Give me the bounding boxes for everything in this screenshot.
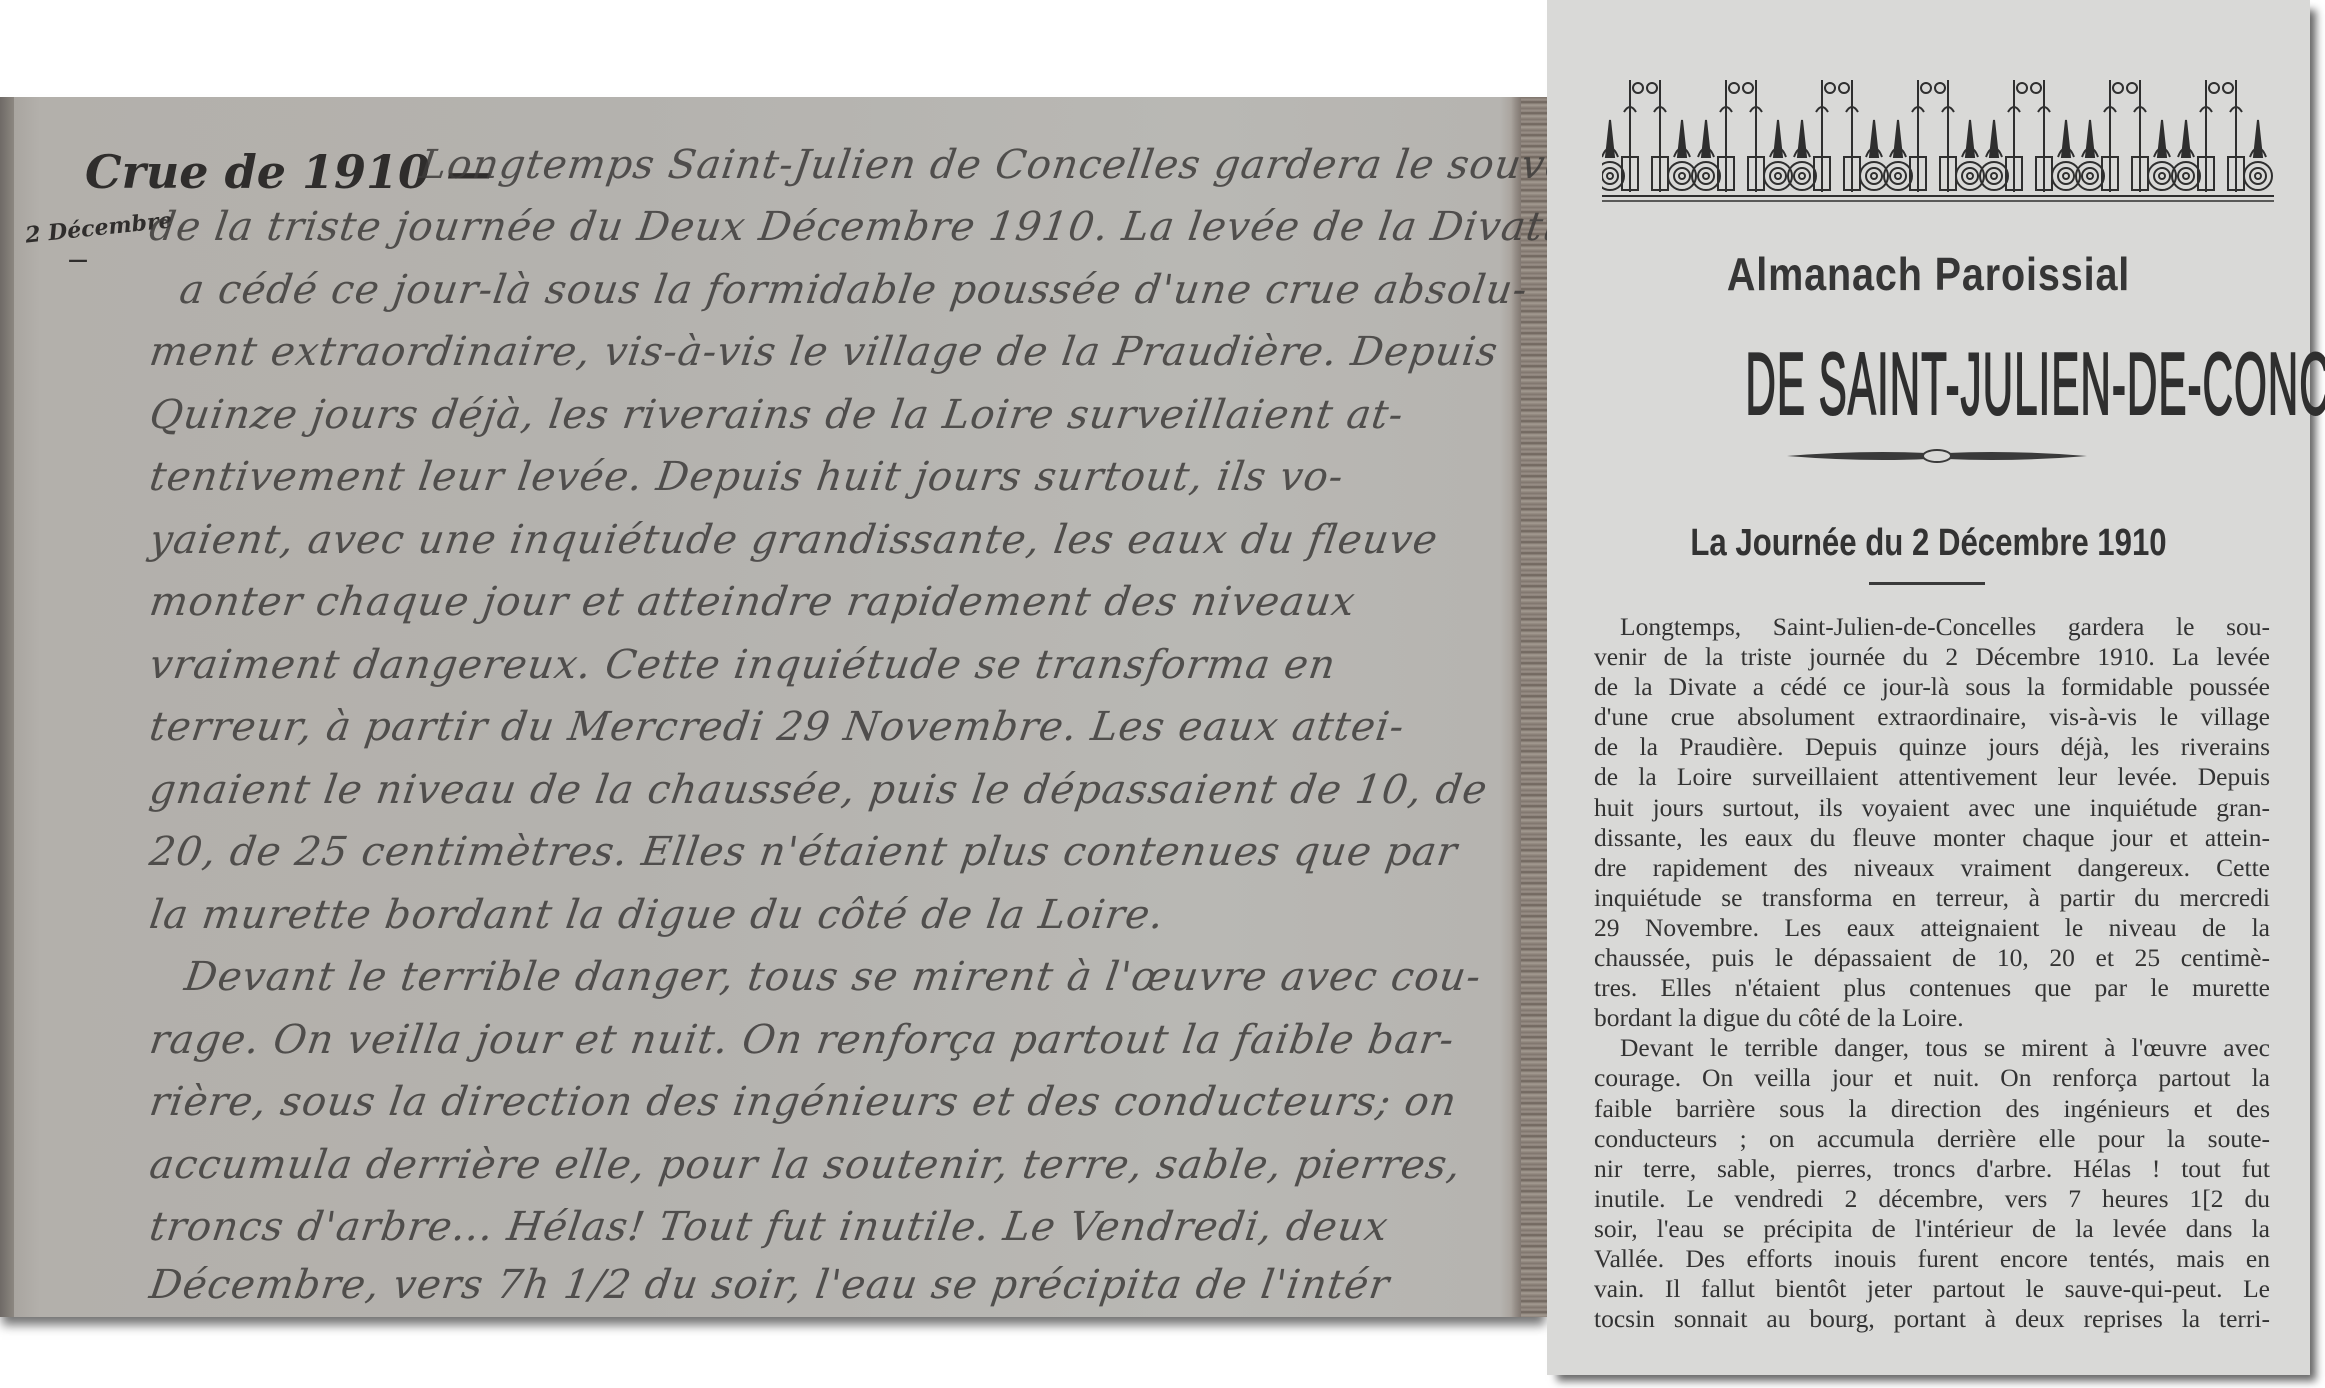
ornamental-frieze-icon — [1602, 72, 2274, 207]
article-line: inutile. Le vendredi 2 décembre, vers 7 … — [1594, 1184, 2270, 1214]
article-line: de la Praudière. Depuis quinze jours déj… — [1594, 732, 2270, 762]
almanach-title: Almanach Paroissial — [1600, 247, 2256, 301]
article-line: 29 Novembre. Les eaux atteignaient le ni… — [1594, 913, 2270, 943]
manuscript-line: ment extraordinaire, vis-à-vis le villag… — [147, 329, 1501, 375]
manuscript-margin-mark: — — [68, 247, 88, 271]
article-title: La Journée du 2 Décembre 1910 — [1616, 522, 2242, 565]
article-body: Longtemps, Saint-Julien-de-Concelles gar… — [1594, 612, 2270, 1334]
article-line: conducteurs ; on accumula derrière elle … — [1594, 1124, 2270, 1154]
manuscript-line: 20, de 25 centimètres. Elles n'étaient p… — [147, 829, 1461, 875]
manuscript-line: rage. On veilla jour et nuit. On renforç… — [147, 1017, 1458, 1063]
article-line: venir de la triste journée du 2 Décembre… — [1594, 642, 2270, 672]
manuscript-line: Décembre, vers 7h 1/2 du soir, l'eau se … — [147, 1262, 1393, 1308]
article-line: de la Loire surveillaient attentivement … — [1594, 762, 2270, 792]
manuscript-line: yaient, avec une inquiétude grandissante… — [147, 517, 1441, 563]
article-line: nir terre, sable, pierres, troncs d'arbr… — [1594, 1154, 2270, 1184]
article-line: dre rapidement des niveaux vraiment dang… — [1594, 853, 2270, 883]
manuscript-line: Devant le terrible danger, tous se miren… — [182, 954, 1485, 1000]
manuscript-line: vraiment dangereux. Cette inquiétude se … — [147, 642, 1339, 688]
manuscript-photo: Crue de 1910 — 2 Décembre — Longtemps Sa… — [0, 97, 1547, 1317]
article-line: Devant le terrible danger, tous se miren… — [1594, 1033, 2270, 1063]
article-line: Vallée. Des efforts inouis furent encore… — [1594, 1244, 2270, 1274]
article-line: d'une crue absolument extraordinaire, vi… — [1594, 702, 2270, 732]
manuscript-line: a cédé ce jour-là sous la formidable pou… — [177, 267, 1531, 313]
article-line: soir, l'eau se précipita de l'intérieur … — [1594, 1214, 2270, 1244]
manuscript-line: la murette bordant la digue du côté de l… — [147, 892, 1167, 938]
article-line: tres. Elles n'étaient plus contenues que… — [1594, 973, 2270, 1003]
manuscript-line: tentivement leur levée. Depuis huit jour… — [147, 454, 1347, 500]
article-line: vain. Il fallut bientôt jeter partout le… — [1594, 1274, 2270, 1304]
article-line: huit jours surtout, ils voyaient avec un… — [1594, 793, 2270, 823]
article-line: bordant la digue du côté de la Loire. — [1594, 1003, 2270, 1033]
title-ornament-divider-icon — [1787, 447, 2087, 465]
article-line: Longtemps, Saint-Julien-de-Concelles gar… — [1594, 612, 2270, 642]
article-line: de la Divate a cédé ce jour-là sous la f… — [1594, 672, 2270, 702]
article-line: inquiétude se transforma en terreur, à p… — [1594, 883, 2270, 913]
printed-almanac-page: Almanach Paroissial DE SAINT-JULIEN-DE-C… — [1547, 0, 2310, 1375]
manuscript-line: accumula derrière elle, pour la soutenir… — [147, 1142, 1464, 1188]
manuscript-line: monter chaque jour et atteindre rapideme… — [147, 579, 1359, 625]
title-underline-rule — [1869, 582, 1985, 585]
manuscript-line: de la triste journée du Deux Décembre 19… — [147, 204, 1547, 250]
article-line: tocsin sonnait au bourg, portant à deux … — [1594, 1304, 2270, 1334]
manuscript-line: terreur, à partir du Mercredi 29 Novembr… — [147, 704, 1408, 750]
manuscript-line: rière, sous la direction des ingénieurs … — [147, 1079, 1460, 1125]
manuscript-line: Longtemps Saint-Julien de Concelles gard… — [417, 142, 1547, 188]
article-line: faible barrière sous la direction des in… — [1594, 1094, 2270, 1124]
manuscript-line: Quinze jours déjà, les riverains de la L… — [147, 392, 1407, 438]
article-line: dissante, les eaux du fleuve monter chaq… — [1594, 823, 2270, 853]
article-line: courage. On veilla jour et nuit. On renf… — [1594, 1063, 2270, 1093]
parish-title: DE SAINT-JULIEN-DE-CONCELES — [1745, 340, 2111, 428]
manuscript-line: troncs d'arbre... Hélas! Tout fut inutil… — [147, 1204, 1392, 1250]
article-line: chaussée, puis le dépassaient de 10, 20 … — [1594, 943, 2270, 973]
book-binding — [0, 97, 14, 1317]
manuscript-line: gnaient le niveau de la chaussée, puis l… — [147, 767, 1491, 813]
